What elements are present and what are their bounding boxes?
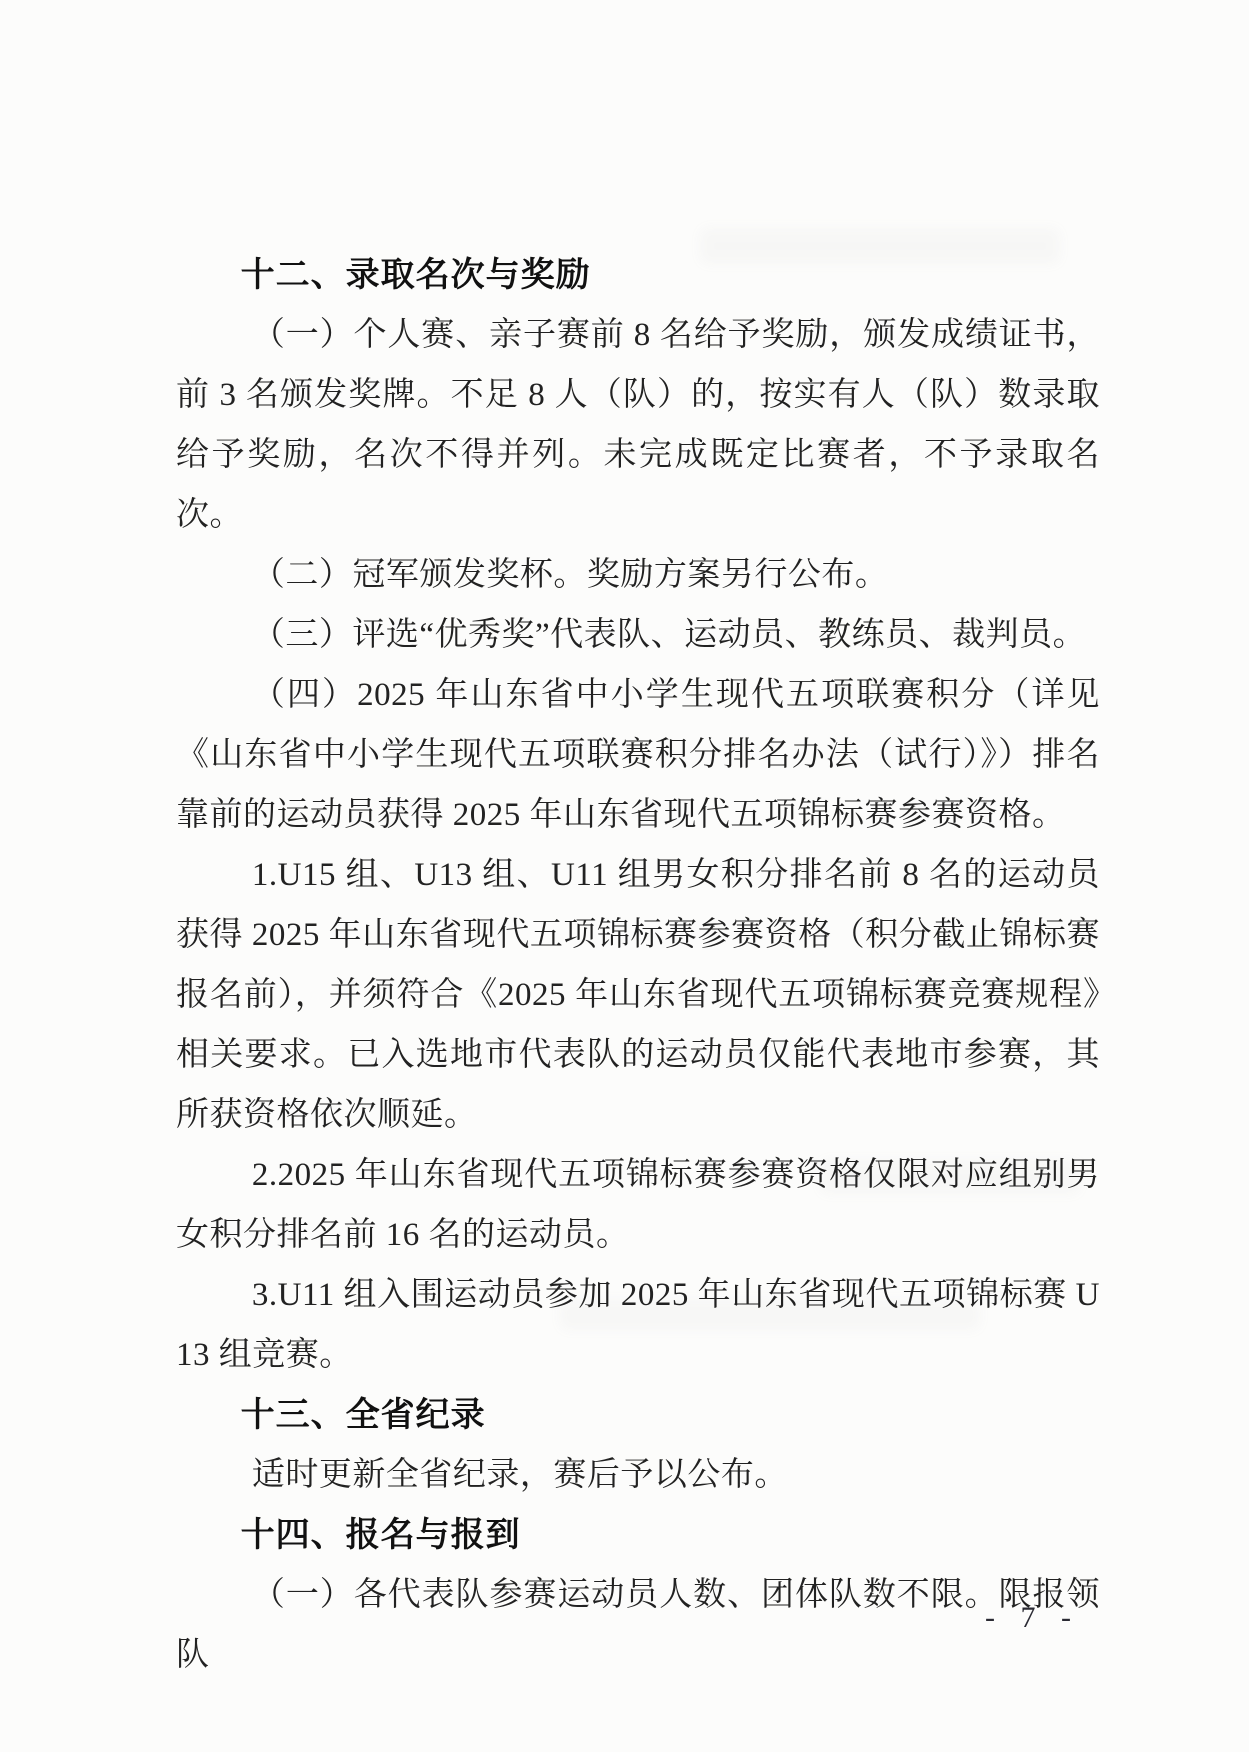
page-number: - 7 - — [985, 1598, 1080, 1638]
paragraph-12-4-item-2-top-16: 2.2025 年山东省现代五项锦标赛参赛资格仅限对应组别男女积分排名前 16 名… — [176, 1145, 1100, 1265]
document-page: 十二、录取名次与奖励 （一）个人赛、亲子赛前 8 名给予奖励，颁发成绩证书，前 … — [0, 0, 1249, 1752]
document-body: 十二、录取名次与奖励 （一）个人赛、亲子赛前 8 名给予奖励，颁发成绩证书，前 … — [176, 245, 1100, 1685]
paragraph-12-2-champion-trophy: （二）冠军颁发奖杯。奖励方案另行公布。 — [176, 545, 1100, 605]
heading-section-14-registration: 十四、报名与报到 — [176, 1505, 1100, 1565]
paragraph-12-4-item-3-u11-to-u13: 3.U11 组入围运动员参加 2025 年山东省现代五项锦标赛 U13 组竞赛。 — [176, 1265, 1100, 1385]
paragraph-12-3-excellence-award: （三）评选“优秀奖”代表队、运动员、教练员、裁判员。 — [176, 605, 1100, 665]
paragraph-12-1-individual-awards: （一）个人赛、亲子赛前 8 名给予奖励，颁发成绩证书，前 3 名颁发奖牌。不足 … — [176, 305, 1100, 545]
paragraph-13-1-update-records: 适时更新全省纪录，赛后予以公布。 — [176, 1445, 1100, 1505]
paragraph-12-4-league-points: （四）2025 年山东省中小学生现代五项联赛积分（详见《山东省中小学生现代五项联… — [176, 665, 1100, 845]
paragraph-14-1-team-registration: （一）各代表队参赛运动员人数、团体队数不限。限报领队 — [176, 1565, 1100, 1685]
paragraph-12-4-item-1-u15-u13-u11: 1.U15 组、U13 组、U11 组男女积分排名前 8 名的运动员获得 202… — [176, 845, 1100, 1145]
heading-section-12-ranking-and-awards: 十二、录取名次与奖励 — [176, 245, 1100, 305]
heading-section-13-provincial-records: 十三、全省纪录 — [176, 1385, 1100, 1445]
